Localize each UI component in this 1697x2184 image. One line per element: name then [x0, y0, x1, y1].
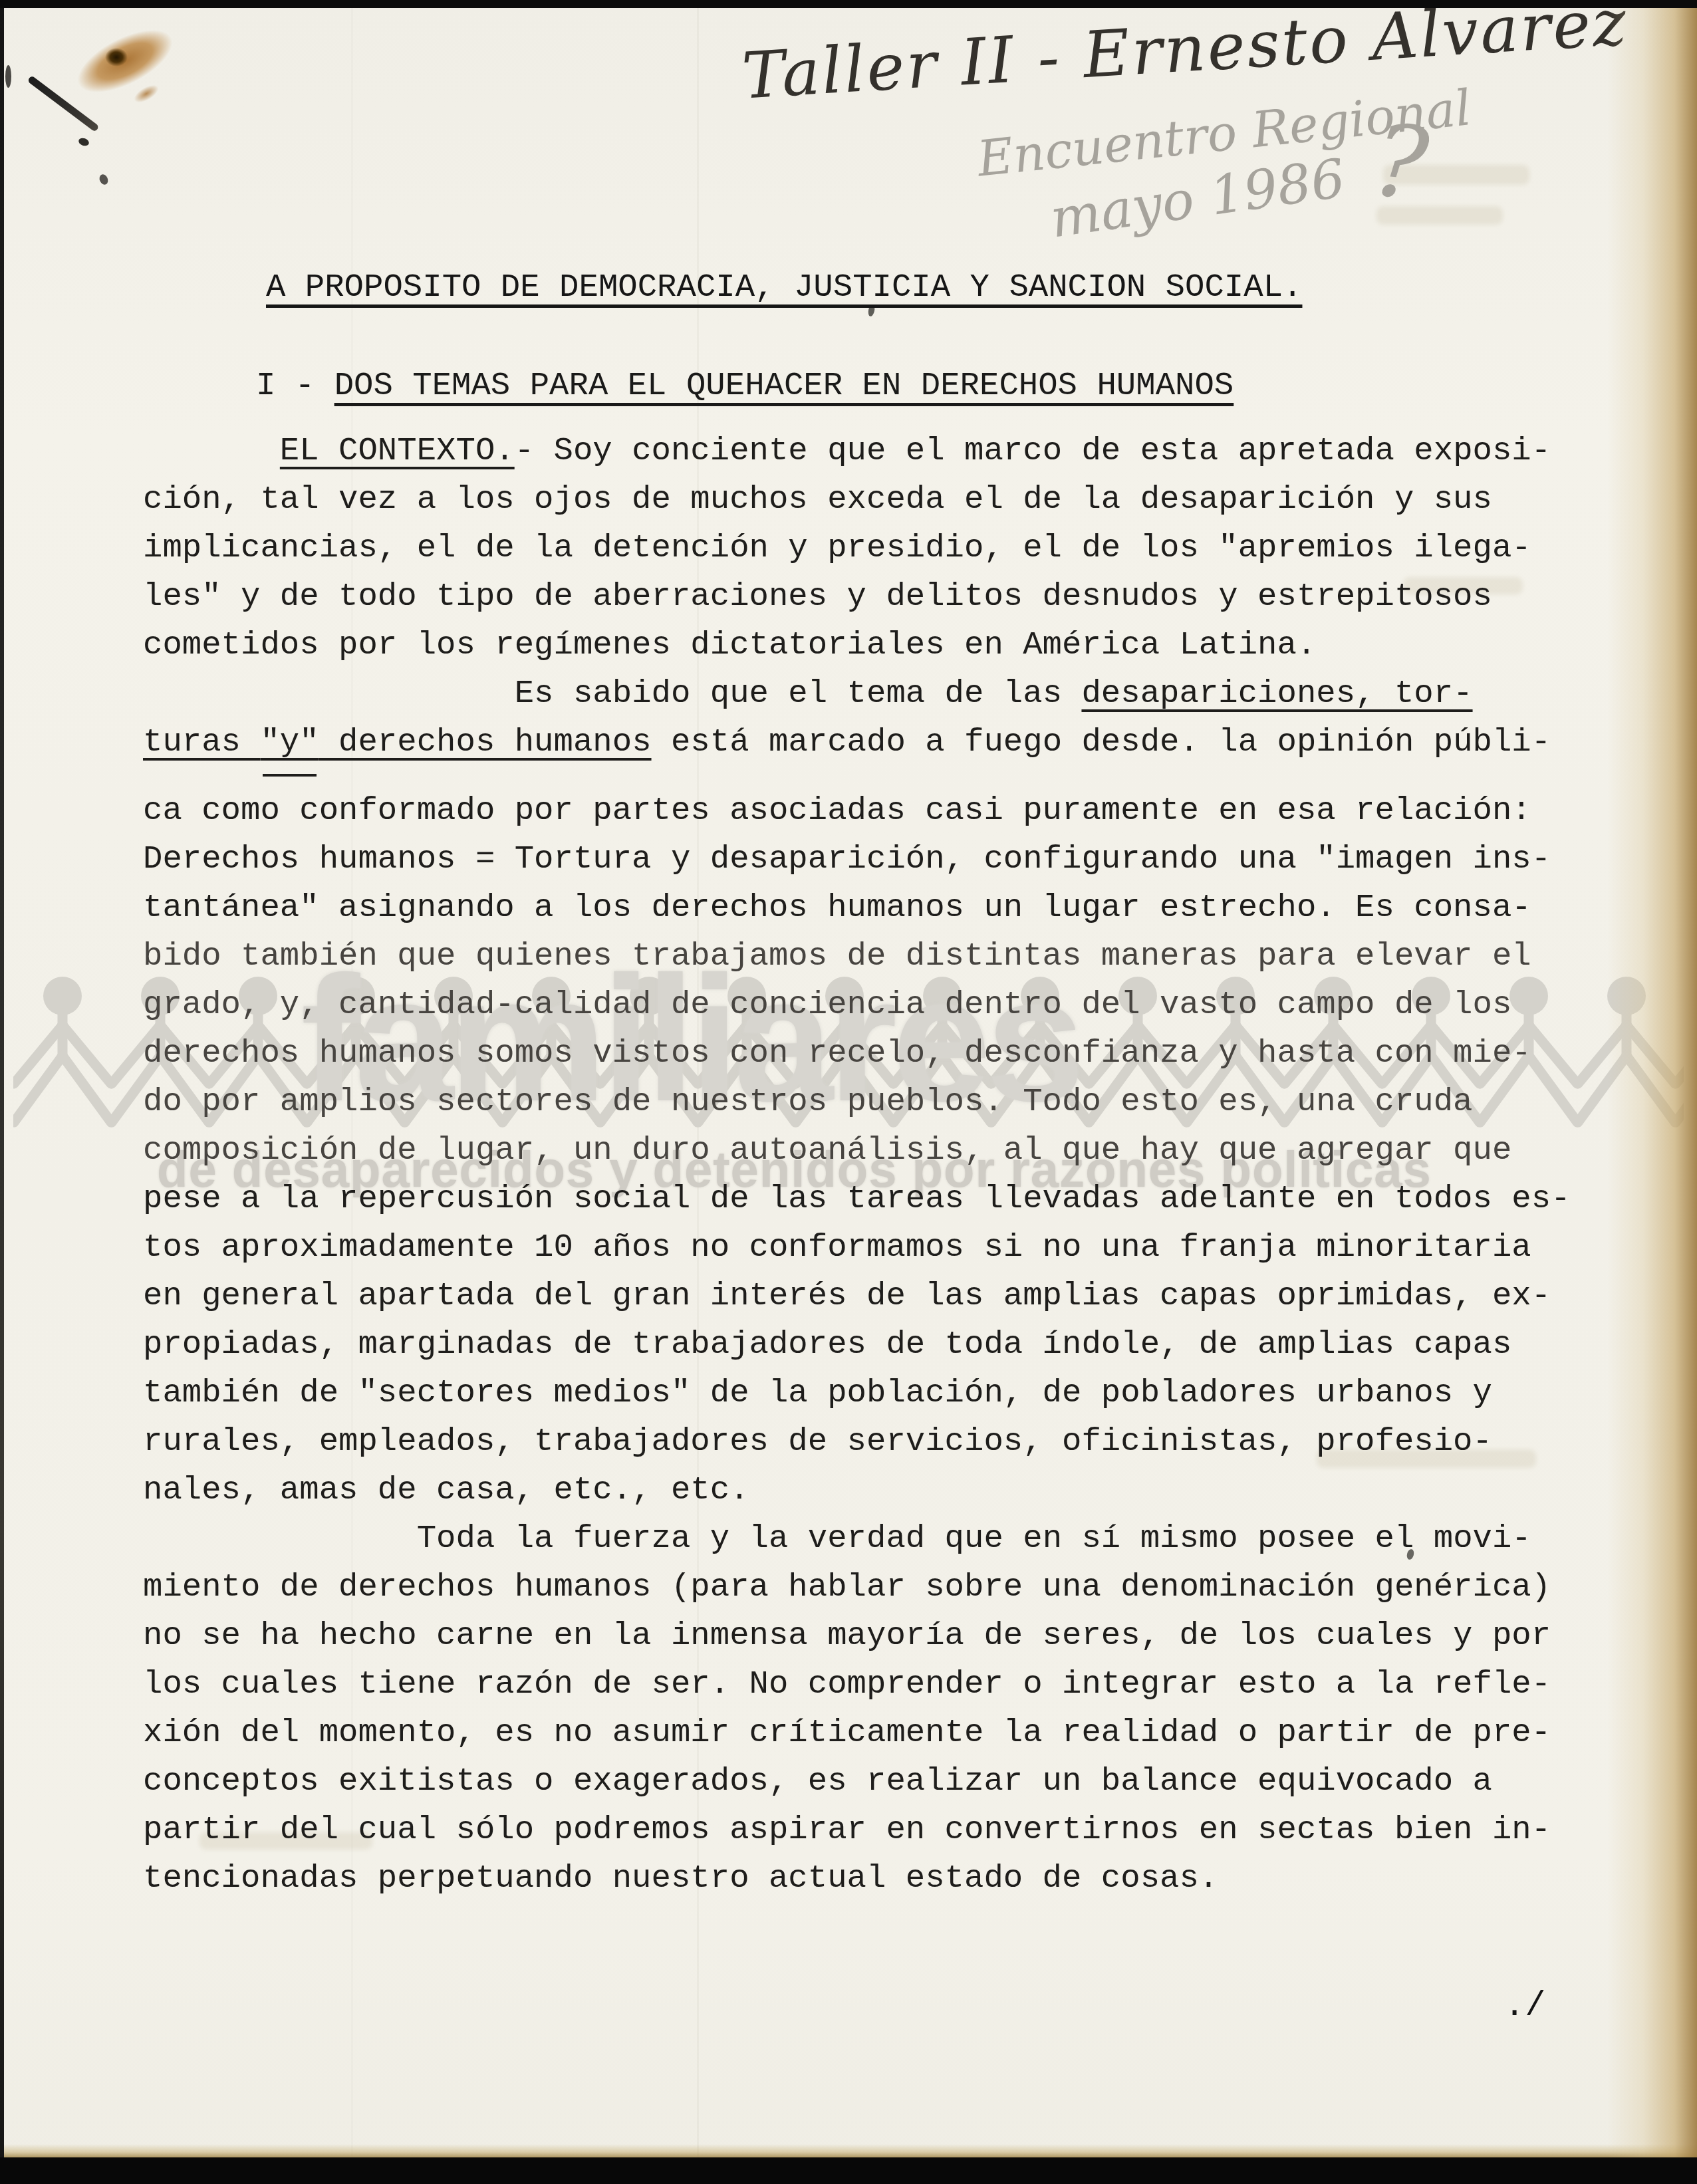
text-segment: propiadas, marginadas de trabajadores de…: [143, 1326, 1511, 1363]
scan-edge-top: [0, 0, 1697, 8]
text-segment: cometidos por los regímenes dictatoriale…: [143, 626, 1316, 664]
body-line: ción, tal vez a los ojos de muchos exced…: [143, 475, 1571, 524]
text-segment: tantánea" asignando a los derechos human…: [143, 889, 1531, 926]
body-line: Toda la fuerza y la verdad que en sí mis…: [143, 1515, 1571, 1563]
text-segment: bido también que quienes trabajamos de d…: [143, 937, 1531, 975]
body-line: implicancias, el de la detención y presi…: [143, 524, 1571, 572]
text-segment: les" y de todo tipo de aberraciones y de…: [143, 578, 1492, 615]
handwritten-annotation-ink: Taller II - Ernesto Alvarez: [740, 0, 1631, 114]
body-line: turas "y" derechos humanos está marcado …: [143, 718, 1571, 767]
text-segment: tos aproximadamente 10 años no conformam…: [143, 1229, 1531, 1266]
body-line: tencionadas perpetuando nuestro actual e…: [143, 1854, 1571, 1903]
body-line: nales, amas de casa, etc., etc.: [143, 1466, 1571, 1515]
scan-edge-bottom: [0, 2157, 1697, 2184]
body-line: Es sabido que el tema de las desaparicio…: [143, 669, 1571, 718]
text-segment: también de "sectores medios" de la pobla…: [143, 1374, 1492, 1411]
body-line: rurales, empleados, trabajadores de serv…: [143, 1417, 1571, 1466]
body-line: do por amplios sectores de nuestros pueb…: [143, 1078, 1571, 1126]
text-segment: derechos humanos somos vistos con recelo…: [143, 1034, 1531, 1072]
text-segment: miento de derechos humanos (para hablar …: [143, 1568, 1551, 1606]
scan-edge-right: [1607, 0, 1697, 2184]
body-line: tantánea" asignando a los derechos human…: [143, 884, 1571, 932]
body-line: partir del cual sólo podremos aspirar en…: [143, 1806, 1571, 1854]
page-continuation-marker: ./: [1504, 1987, 1537, 2026]
body-line: tos aproximadamente 10 años no conformam…: [143, 1223, 1571, 1272]
ink-speck: [5, 65, 11, 88]
body-line: ca como conformado por partes asociadas …: [143, 787, 1571, 835]
underlined-text: EL CONTEXTO.: [280, 432, 515, 469]
body-line: EL CONTEXTO.- Soy conciente que el marco…: [143, 427, 1571, 475]
body-line: pese a la repercusión social de las tare…: [143, 1175, 1571, 1223]
body-line: composición de lugar, un duro autoanális…: [143, 1126, 1571, 1175]
ink-speck: [78, 137, 90, 148]
body-line: miento de derechos humanos (para hablar …: [143, 1563, 1571, 1612]
underlined-text: derechos humanos: [319, 723, 652, 761]
body-line: también de "sectores medios" de la pobla…: [143, 1369, 1571, 1417]
text-segment: implicancias, el de la detención y presi…: [143, 529, 1531, 566]
body-line: grado, y, cantidad-calidad de conciencia…: [143, 981, 1571, 1029]
body-line: xión del momento, es no asumir críticame…: [143, 1709, 1571, 1757]
text-segment: está marcado a fuego desde. la opinión p…: [652, 723, 1551, 761]
text-segment: no se ha hecho carne en la inmensa mayor…: [143, 1617, 1551, 1654]
body-line: los cuales tiene razón de ser. No compre…: [143, 1660, 1571, 1709]
text-segment: conceptos exitistas o exagerados, es rea…: [143, 1762, 1492, 1800]
text-segment: rurales, empleados, trabajadores de serv…: [143, 1423, 1492, 1460]
text-segment: ción, tal vez a los ojos de muchos exced…: [143, 481, 1492, 518]
body-line: conceptos exitistas o exagerados, es rea…: [143, 1757, 1571, 1806]
text-segment: en general apartada del gran interés de …: [143, 1277, 1551, 1314]
document-title: A PROPOSITO DE DEMOCRACIA, JUSTICIA Y SA…: [266, 269, 1302, 306]
text-segment: Toda la fuerza y la verdad que en sí mis…: [417, 1520, 1531, 1557]
text-segment: partir del cual sólo podremos aspirar en…: [143, 1811, 1551, 1848]
body-line: les" y de todo tipo de aberraciones y de…: [143, 572, 1571, 621]
text-segment: do por amplios sectores de nuestros pueb…: [143, 1083, 1473, 1120]
text-segment: Derechos humanos = Tortura y desaparició…: [143, 840, 1551, 878]
handwritten-question-mark: ?: [1368, 102, 1433, 223]
text-segment: pese a la repercusión social de las tare…: [143, 1180, 1571, 1217]
section-heading-underlined: DOS TEMAS PARA EL QUEHACER EN DERECHOS H…: [334, 367, 1234, 404]
ink-speck: [98, 173, 110, 186]
text-segment: Es sabido que el tema de las: [515, 675, 1082, 712]
body-line: bido también que quienes trabajamos de d…: [143, 932, 1571, 981]
text-segment: xión del momento, es no asumir críticame…: [143, 1714, 1551, 1751]
document-page: familiares de desaparecidos y detenidos …: [0, 0, 1697, 2184]
body-line: en general apartada del gran interés de …: [143, 1272, 1571, 1320]
text-segment: tencionadas perpetuando nuestro actual e…: [143, 1860, 1218, 1897]
body-line: cometidos por los regímenes dictatoriale…: [143, 621, 1571, 669]
text-segment: grado, y, cantidad-calidad de conciencia…: [143, 986, 1511, 1023]
body-line: Derechos humanos = Tortura y desaparició…: [143, 835, 1571, 884]
text-segment: - Soy conciente que el marco de esta apr…: [515, 432, 1551, 469]
underlined-text: desapariciones, tor-: [1081, 675, 1472, 712]
body-line: derechos humanos somos vistos con recelo…: [143, 1029, 1571, 1078]
scan-edge-bottom-tan: [0, 2144, 1697, 2157]
text-segment: ca como conformado por partes asociadas …: [143, 792, 1531, 829]
section-heading: I - DOS TEMAS PARA EL QUEHACER EN DERECH…: [256, 367, 1234, 404]
text-segment: nales, amas de casa, etc., etc.: [143, 1471, 749, 1509]
text-segment: composición de lugar, un duro autoanális…: [143, 1132, 1511, 1169]
ink-speck: [867, 304, 876, 316]
body-line: no se ha hecho carne en la inmensa mayor…: [143, 1612, 1571, 1660]
body-line: propiadas, marginadas de trabajadores de…: [143, 1320, 1571, 1369]
underlined-text: "y": [260, 723, 319, 761]
underlined-text: turas: [143, 723, 260, 761]
section-heading-prefix: I -: [256, 367, 334, 404]
document-body: EL CONTEXTO.- Soy conciente que el marco…: [143, 427, 1571, 1903]
rust-stain-spot: [105, 48, 128, 66]
text-segment: los cuales tiene razón de ser. No compre…: [143, 1665, 1551, 1703]
scan-edge-left: [0, 0, 4, 2184]
